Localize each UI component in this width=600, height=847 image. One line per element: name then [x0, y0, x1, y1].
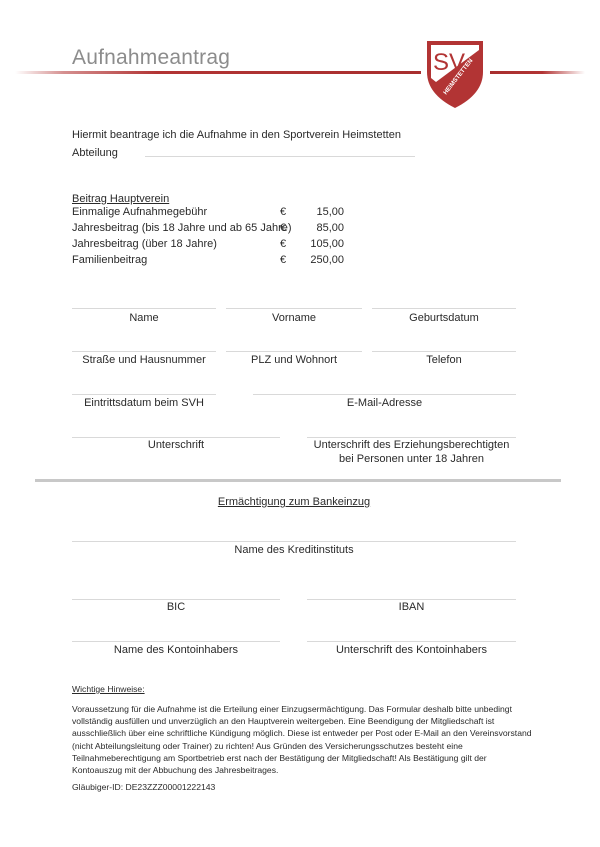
birth-date-field[interactable] [372, 308, 516, 309]
bic-label: BIC [72, 601, 280, 613]
guardian-signature-label-line1: Unterschrift des Erziehungsberechtigten [300, 439, 523, 451]
fee-amount: 250,00 [310, 254, 344, 266]
department-field[interactable] [145, 156, 415, 157]
fees-heading: Beitrag Hauptverein [72, 193, 169, 205]
header-rule-right [490, 71, 585, 74]
street-label: Straße und Hausnummer [72, 354, 216, 366]
name-field[interactable] [72, 308, 216, 309]
fee-row: Jahresbeitrag (über 18 Jahre) € 105,00 [72, 238, 344, 254]
iban-label: IBAN [307, 601, 516, 613]
creditor-id: Gläubiger-ID: DE23ZZZ00001222143 [72, 782, 215, 792]
fee-currency: € [280, 222, 286, 234]
email-label: E-Mail-Adresse [253, 397, 516, 409]
club-logo-icon: SV HEIMSTETTEN [424, 38, 486, 110]
email-field[interactable] [253, 394, 516, 395]
fee-amount: 105,00 [310, 238, 344, 250]
notes-heading: Wichtige Hinweise: [72, 684, 145, 694]
birth-date-label: Geburtsdatum [372, 312, 516, 324]
name-label: Name [72, 312, 216, 324]
guardian-signature-label-line2: bei Personen unter 18 Jahren [300, 453, 523, 465]
fee-currency: € [280, 254, 286, 266]
fee-row: Einmalige Aufnahmegebühr € 15,00 [72, 206, 344, 222]
fee-currency: € [280, 238, 286, 250]
holder-name-field[interactable] [72, 641, 280, 642]
holder-name-label: Name des Kontoinhabers [72, 644, 280, 656]
first-name-label: Vorname [226, 312, 362, 324]
entry-date-field[interactable] [72, 394, 216, 395]
fee-amount: 85,00 [316, 222, 344, 234]
holder-signature-field[interactable] [307, 641, 516, 642]
header-rule-left [15, 71, 421, 74]
bank-institute-field[interactable] [72, 541, 516, 542]
bank-heading: Ermächtigung zum Bankeinzug [72, 496, 516, 508]
fee-amount: 15,00 [316, 206, 344, 218]
page-title: Aufnahmeantrag [72, 46, 230, 70]
holder-signature-label: Unterschrift des Kontoinhabers [307, 644, 516, 656]
fee-row: Familienbeitrag € 250,00 [72, 254, 344, 270]
bic-field[interactable] [72, 599, 280, 600]
iban-field[interactable] [307, 599, 516, 600]
phone-label: Telefon [372, 354, 516, 366]
first-name-field[interactable] [226, 308, 362, 309]
fee-label: Jahresbeitrag (über 18 Jahre) [72, 238, 217, 250]
notes-body: Voraussetzung für die Aufnahme ist die E… [72, 703, 532, 776]
department-label: Abteilung [72, 147, 118, 159]
fee-label: Einmalige Aufnahmegebühr [72, 206, 207, 218]
fee-row: Jahresbeitrag (bis 18 Jahre und ab 65 Ja… [72, 222, 344, 238]
phone-field[interactable] [372, 351, 516, 352]
section-separator [35, 479, 561, 482]
intro-sentence: Hiermit beantrage ich die Aufnahme in de… [72, 129, 401, 141]
fee-label: Jahresbeitrag (bis 18 Jahre und ab 65 Ja… [72, 222, 292, 234]
guardian-signature-field[interactable] [307, 437, 516, 438]
entry-date-label: Eintrittsdatum beim SVH [72, 397, 216, 409]
zip-city-field[interactable] [226, 351, 362, 352]
fee-label: Familienbeitrag [72, 254, 147, 266]
signature-label: Unterschrift [72, 439, 280, 451]
fee-currency: € [280, 206, 286, 218]
street-field[interactable] [72, 351, 216, 352]
bank-institute-label: Name des Kreditinstituts [72, 544, 516, 556]
signature-field[interactable] [72, 437, 280, 438]
zip-city-label: PLZ und Wohnort [226, 354, 362, 366]
